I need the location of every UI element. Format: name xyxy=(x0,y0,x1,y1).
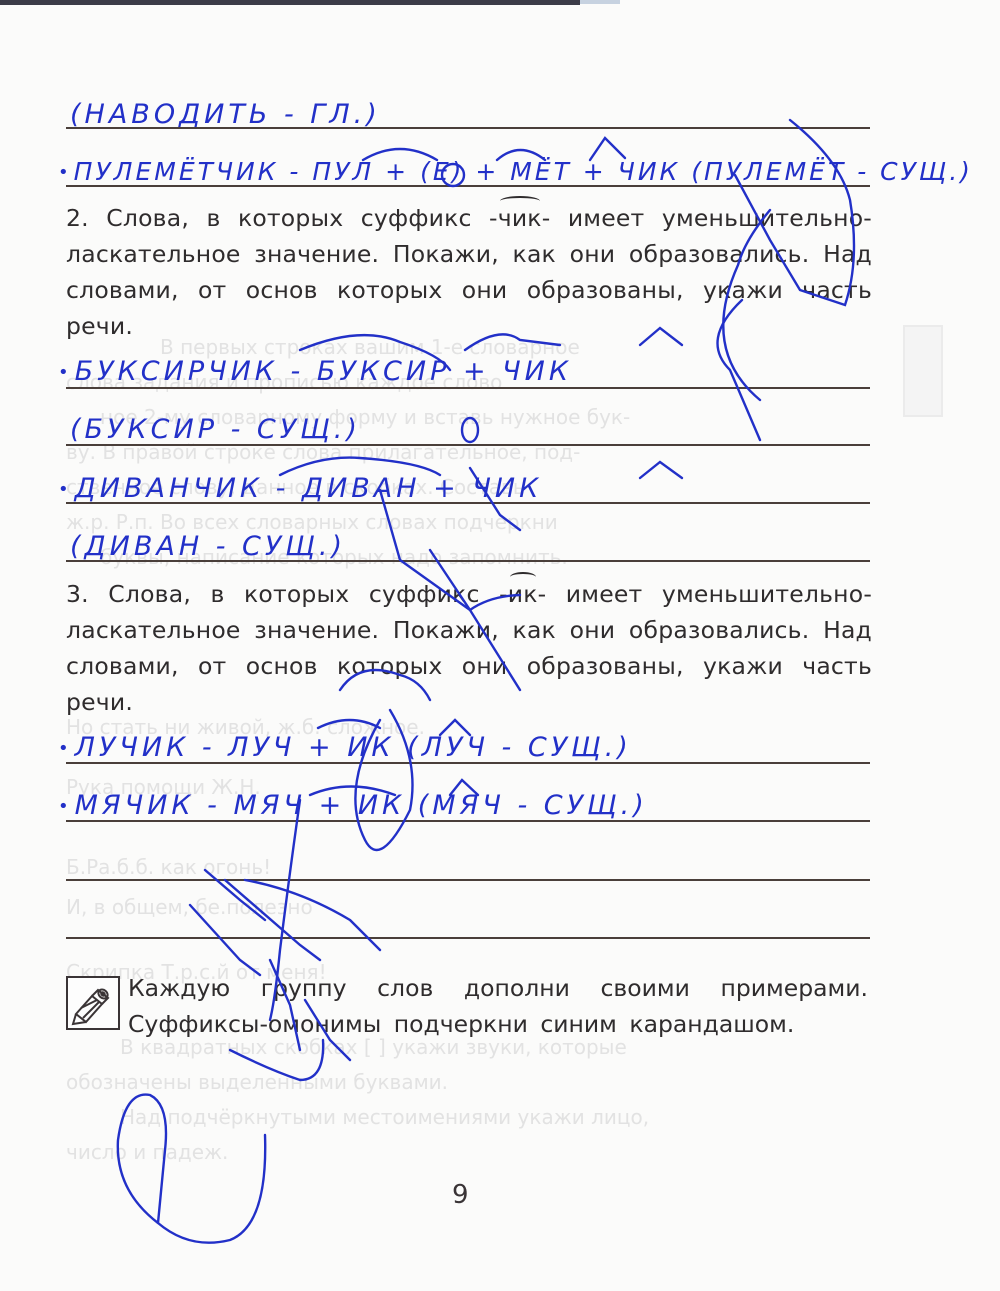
handwritten-answer-line: (БУКСИР - СУЩ.) xyxy=(70,415,361,445)
pencils-icon xyxy=(66,976,120,1030)
scan-edge-top xyxy=(0,0,580,5)
writing-line-empty xyxy=(66,879,870,881)
writing-line xyxy=(66,820,870,822)
task-2-instruction: 2. Слова, в которых суффикс -чик- имеет … xyxy=(66,200,872,344)
writing-line xyxy=(66,502,870,504)
handwritten-answer-line: (ДИВАН - СУЩ.) xyxy=(70,532,346,562)
writing-line-empty xyxy=(66,937,870,939)
handwritten-answer-line: ЛУЧИК - ЛУЧ + ИК (ЛУЧ - СУЩ.) xyxy=(58,733,632,764)
scan-edge-top-light xyxy=(580,0,620,4)
writing-line xyxy=(66,127,870,129)
extra-task-instruction: Каждую группу слов дополни своими пример… xyxy=(128,970,868,1042)
handwritten-answer-line: МЯЧИК - МЯЧ + ИК (МЯЧ - СУЩ.) xyxy=(58,791,648,822)
writing-line xyxy=(66,560,870,562)
writing-line xyxy=(66,444,870,446)
suffix-ik: ик xyxy=(508,576,538,612)
task-3-instruction: 3. Слова, в которых суффикс -ик- имеет у… xyxy=(66,576,872,720)
suffix-chik: чик xyxy=(498,200,542,236)
writing-line xyxy=(66,185,870,187)
page-number: 9 xyxy=(452,1180,469,1210)
handwritten-answer-line: (НАВОДИТЬ - ГЛ.) xyxy=(70,100,381,130)
handwritten-answer-line: БУКСИРЧИК - БУКСИР + ЧИК xyxy=(58,357,572,388)
bleed-through-tab xyxy=(903,325,943,417)
handwritten-answer-line: ПУЛЕМЁТЧИК - ПУЛ + (Е) + МЁТ + ЧИК (ПУЛЕ… xyxy=(58,157,973,188)
handwritten-answer-line: ДИВАНЧИК - ДИВАН + ЧИК xyxy=(58,474,542,505)
writing-line xyxy=(66,387,870,389)
writing-line xyxy=(66,762,870,764)
